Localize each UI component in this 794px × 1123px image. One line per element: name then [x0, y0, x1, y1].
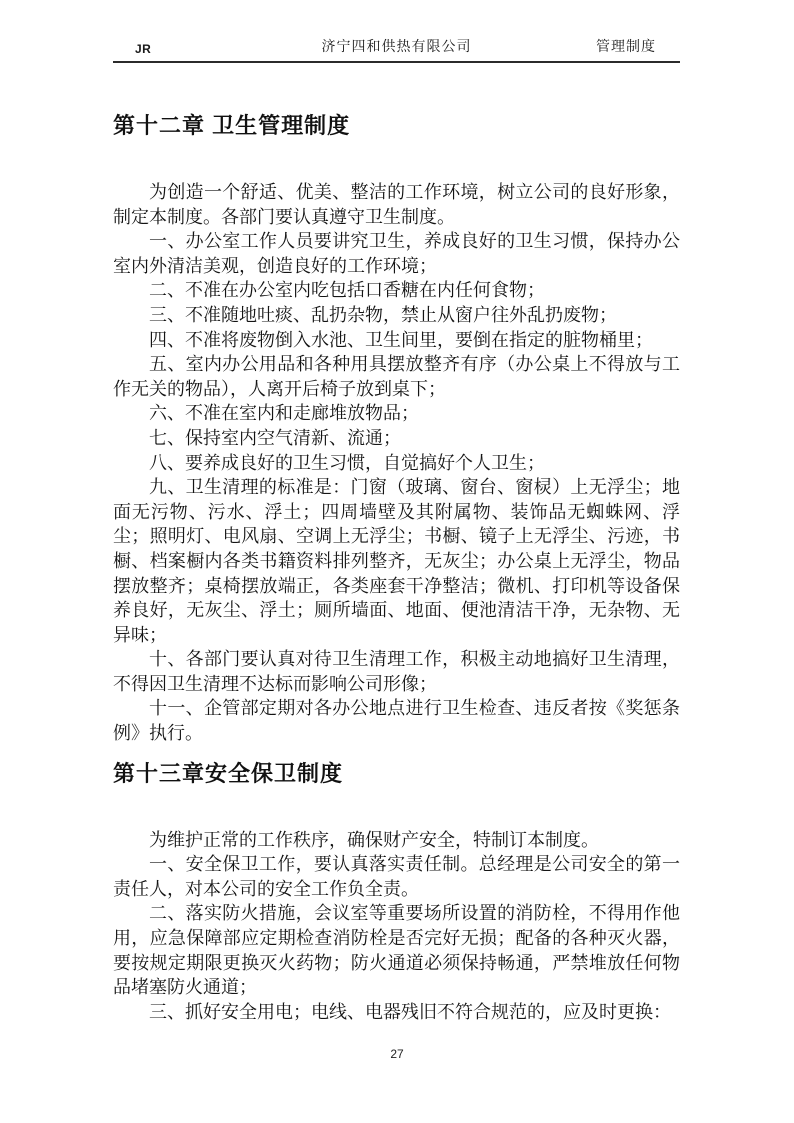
paragraph: 五、室内办公用品和各种用具摆放整齐有序（办公桌上不得放与工作无关的物品），人离开… [113, 352, 680, 401]
chapter-12-body: 为创造一个舒适、优美、整洁的工作环境，树立公司的良好形象，制定本制度。各部门要认… [113, 180, 680, 746]
paragraph: 四、不准将废物倒入水池、卫生间里，要倒在指定的脏物桶里； [113, 328, 680, 353]
page-header: JR 济宁四和供热有限公司 管理制度 [113, 36, 680, 63]
chapter-13-body: 为维护正常的工作秩序，确保财产安全，特制订本制度。 一、安全保卫工作，要认真落实… [113, 828, 680, 1025]
paragraph: 十、各部门要认真对待卫生清理工作，积极主动地搞好卫生清理，不得因卫生清理不达标而… [113, 647, 680, 696]
document-page: JR 济宁四和供热有限公司 管理制度 第十二章 卫生管理制度 为创造一个舒适、优… [0, 0, 794, 1123]
chapter-12-title: 第十二章 卫生管理制度 [113, 109, 680, 140]
header-doc-type: 管理制度 [540, 36, 680, 56]
paragraph: 一、安全保卫工作，要认真落实责任制。总经理是公司安全的第一责任人，对本公司的安全… [113, 852, 680, 901]
paragraph: 为维护正常的工作秩序，确保财产安全，特制订本制度。 [113, 828, 680, 853]
paragraph: 为创造一个舒适、优美、整洁的工作环境，树立公司的良好形象，制定本制度。各部门要认… [113, 180, 680, 229]
paragraph: 三、不准随地吐痰、乱扔杂物，禁止从窗户往外乱扔废物； [113, 303, 680, 328]
header-company-name: 济宁四和供热有限公司 [253, 36, 540, 56]
paragraph: 八、要养成良好的卫生习惯，自觉搞好个人卫生； [113, 451, 680, 476]
paragraph: 七、保持室内空气清新、流通； [113, 426, 680, 451]
paragraph: 二、落实防火措施，会议室等重要场所设置的消防栓，不得用作他用，应急保障部应定期检… [113, 901, 680, 999]
paragraph: 十一、企管部定期对各办公地点进行卫生检查、违反者按《奖惩条例》执行。 [113, 696, 680, 745]
paragraph: 六、不准在室内和走廊堆放物品； [113, 401, 680, 426]
paragraph: 一、办公室工作人员要讲究卫生，养成良好的卫生习惯，保持办公室内外清洁美观，创造良… [113, 229, 680, 278]
header-logo: JR [113, 42, 253, 56]
paragraph: 二、不准在办公室内吃包括口香糖在内任何食物； [113, 278, 680, 303]
page-number: 27 [0, 1047, 794, 1061]
paragraph: 三、抓好安全用电；电线、电器残旧不符合规范的，应及时更换： [113, 1000, 680, 1025]
chapter-13-title: 第十三章安全保卫制度 [113, 757, 680, 788]
paragraph: 九、卫生清理的标准是：门窗（玻璃、窗台、窗棂）上无浮尘；地面无污物、污水、浮土；… [113, 475, 680, 647]
document-content: 第十二章 卫生管理制度 为创造一个舒适、优美、整洁的工作环境，树立公司的良好形象… [113, 64, 680, 1024]
